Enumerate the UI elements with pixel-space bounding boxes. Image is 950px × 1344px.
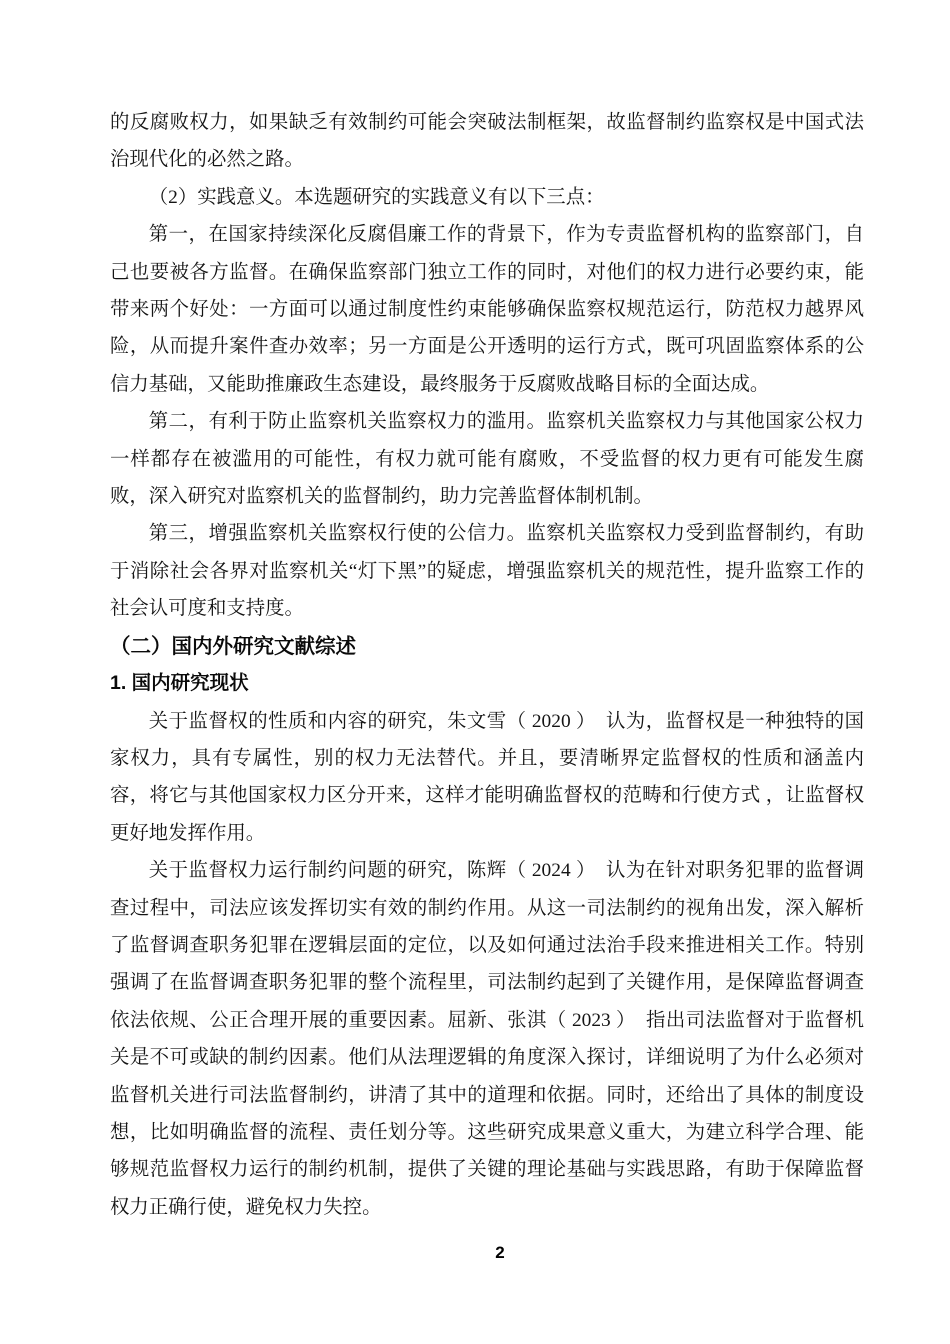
subsection-heading-domestic-research: 1. 国内研究现状 xyxy=(110,665,864,702)
paragraph-point-three: 第三，增强监察机关监察权行使的公信力。监察机关监察权力受到监督制约，有助于消除社… xyxy=(110,515,864,627)
paragraph-practical-significance-intro: （2）实践意义。本选题研究的实践意义有以下三点： xyxy=(110,179,864,216)
paragraph-point-two: 第二，有利于防止监察机关监察权力的滥用。监察机关监察权力与其他国家公权力一样都存… xyxy=(110,403,864,515)
section-heading-literature-review: （二）国内外研究文献综述 xyxy=(110,628,864,665)
page-footer: 2 xyxy=(110,1243,890,1263)
page-content: 的反腐败权力，如果缺乏有效制约可能会突破法制框架，故监督制约监察权是中国式法治现… xyxy=(110,104,864,1226)
paragraph-zhu-wenxue-research: 关于监督权的性质和内容的研究，朱文雪（ 2020 ） 认为，监督权是一种独特的国… xyxy=(110,703,864,853)
paragraph-point-one: 第一，在国家持续深化反腐倡廉工作的背景下，作为专责监督机构的监察部门，自己也要被… xyxy=(110,216,864,403)
paragraph-continuation: 的反腐败权力，如果缺乏有效制约可能会突破法制框架，故监督制约监察权是中国式法治现… xyxy=(110,104,864,179)
paragraph-chen-hui-research: 关于监督权力运行制约问题的研究，陈辉（ 2024 ） 认为在针对职务犯罪的监督调… xyxy=(110,852,864,1226)
document-page: { "page": { "number": "2", "background_c… xyxy=(0,0,950,1344)
page-number: 2 xyxy=(495,1243,504,1262)
